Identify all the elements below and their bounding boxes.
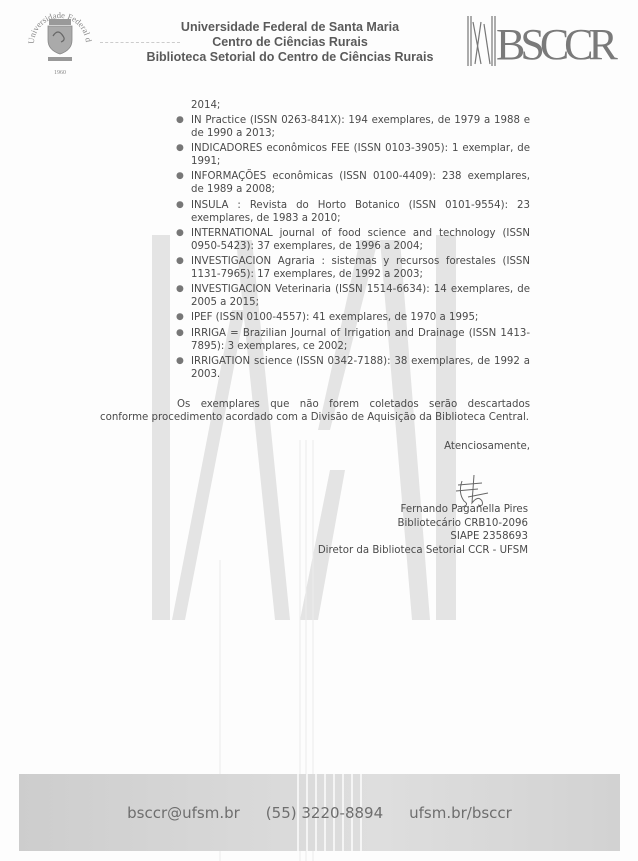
institution-header: Universidade Federal de Santa Maria Cent…	[140, 20, 440, 65]
list-item: ●IRRIGA = Brazilian Journal of Irrigatio…	[100, 327, 530, 353]
bullet-icon: ●	[176, 199, 184, 212]
signer-role: Diretor da Biblioteca Setorial CCR - UFS…	[318, 544, 528, 558]
continuation-text: 2014;	[100, 99, 530, 112]
signer-name: Fernando Paganella Pires	[318, 503, 528, 517]
bullet-icon: ●	[176, 327, 184, 340]
bullet-icon: ●	[176, 114, 184, 127]
seal-year: 1960	[54, 70, 66, 76]
list-item: ●INVESTIGACION Veterinaria (ISSN 1514-66…	[100, 283, 530, 309]
document-page: Universidade Federal de Santa Maria 1960…	[0, 0, 638, 861]
bullet-icon: ●	[176, 227, 184, 240]
footer-email[interactable]: bsccr@ufsm.br	[127, 804, 240, 822]
footer-website[interactable]: ufsm.br/bsccr	[409, 804, 512, 822]
center-name: Centro de Ciências Rurais	[140, 35, 440, 50]
letter-body: 2014; ●IN Practice (ISSN 0263-841X): 194…	[100, 99, 530, 453]
bsccr-logo-text: BSCCR	[496, 20, 613, 70]
list-item: ●IRRIGATION science (ISSN 0342-7188): 38…	[100, 355, 530, 381]
bsccr-logo-mark-icon	[466, 16, 498, 66]
bsccr-logo: BSCCR	[466, 12, 601, 72]
list-item: ●INTERNATIONAL journal of food science a…	[100, 227, 530, 253]
periodicals-list: ●IN Practice (ISSN 0263-841X): 194 exemp…	[100, 114, 530, 381]
bullet-icon: ●	[176, 311, 184, 324]
list-item: ●IN Practice (ISSN 0263-841X): 194 exemp…	[100, 114, 530, 140]
bullet-icon: ●	[176, 255, 184, 268]
signature-block: Fernando Paganella Pires Bibliotecário C…	[318, 503, 528, 557]
bullet-icon: ●	[176, 355, 184, 368]
list-item: ●INFORMAÇÕES econômicas (ISSN 0100-4409)…	[100, 170, 530, 196]
ufsm-seal-icon: Universidade Federal de Santa Maria 1960	[26, 2, 94, 78]
contact-footer: bsccr@ufsm.br (55) 3220-8894 ufsm.br/bsc…	[19, 774, 620, 851]
bullet-icon: ●	[176, 170, 184, 183]
signer-siape: SIAPE 2358693	[318, 530, 528, 544]
library-name: Biblioteca Setorial do Centro de Ciência…	[140, 50, 440, 65]
bullet-icon: ●	[176, 283, 184, 296]
bullet-icon: ●	[176, 142, 184, 155]
closing-paragraph: Os exemplares que não forem coletados se…	[100, 398, 530, 424]
list-item: ●IPEF (ISSN 0100-4557): 41 exemplares, d…	[100, 311, 530, 324]
regards-text: Atenciosamente,	[100, 440, 530, 453]
signer-title: Bibliotecário CRB10-2096	[318, 517, 528, 531]
list-item: ●INDICADORES econômicos FEE (ISSN 0103-3…	[100, 142, 530, 168]
university-name: Universidade Federal de Santa Maria	[140, 20, 440, 35]
footer-phone: (55) 3220-8894	[266, 804, 383, 822]
list-item: ●INVESTIGACION Agraria : sistemas y recu…	[100, 255, 530, 281]
list-item: ●INSULA : Revista do Horto Botanico (ISS…	[100, 199, 530, 225]
